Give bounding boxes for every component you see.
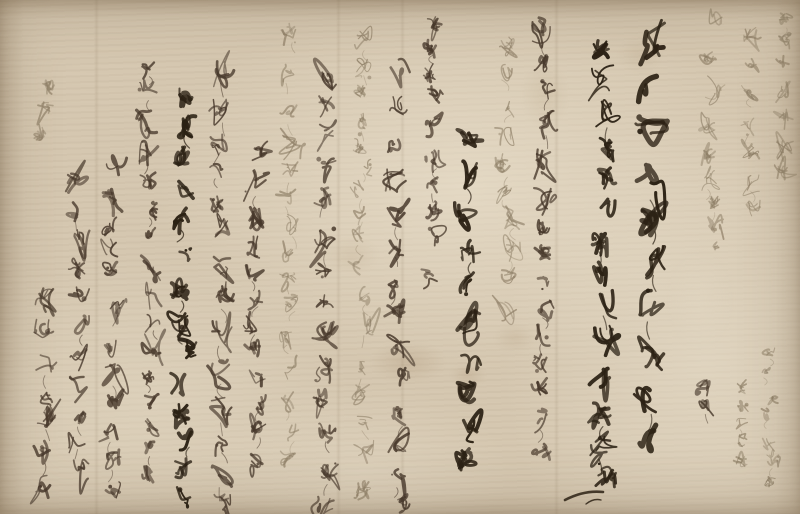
brush-stroke <box>315 367 320 381</box>
brush-stroke <box>36 363 56 370</box>
brush-stroke <box>288 356 297 368</box>
ink-dot <box>146 428 150 432</box>
brush-stroke <box>502 270 516 281</box>
brush-stroke <box>360 200 362 210</box>
brush-stroke <box>770 359 773 366</box>
brush-stroke <box>217 346 219 359</box>
brush-stroke <box>221 309 226 322</box>
brush-stroke <box>150 218 152 227</box>
brush-stroke <box>505 115 512 123</box>
brush-stroke <box>468 189 472 203</box>
text-column <box>137 63 165 483</box>
ink-dot <box>369 163 372 166</box>
brush-stroke <box>764 378 767 385</box>
brush-stroke <box>395 228 398 240</box>
brush-stroke <box>256 340 260 357</box>
text-column <box>208 51 234 514</box>
text-column <box>774 14 797 180</box>
brush-stroke <box>637 165 657 183</box>
brush-stroke <box>395 488 399 498</box>
brush-stroke <box>214 257 230 261</box>
brush-stroke <box>153 330 166 365</box>
text-column <box>383 59 414 513</box>
brush-stroke <box>538 431 542 443</box>
ink-dot <box>428 227 432 231</box>
ink-dot <box>367 76 371 80</box>
brush-stroke <box>180 252 190 261</box>
brush-stroke <box>35 320 37 333</box>
brush-stroke <box>495 128 503 145</box>
brush-stroke <box>391 199 410 212</box>
text-column <box>244 142 272 477</box>
brush-stroke <box>216 312 230 342</box>
brush-stroke <box>292 43 295 53</box>
brush-stroke <box>114 425 118 439</box>
brush-stroke <box>538 409 546 412</box>
brush-stroke <box>318 131 334 151</box>
brush-stroke <box>255 173 269 180</box>
brush-stroke <box>316 270 331 274</box>
brush-stroke <box>147 101 150 111</box>
ink-dot <box>637 129 643 135</box>
calligraphy-strokes <box>0 0 800 514</box>
brush-stroke <box>106 191 111 194</box>
brush-stroke <box>538 419 542 424</box>
brush-stroke <box>504 127 514 145</box>
brush-stroke <box>532 444 546 454</box>
brush-stroke <box>153 331 157 340</box>
brush-stroke <box>283 70 294 82</box>
brush-stroke <box>426 157 427 162</box>
brush-stroke <box>763 349 773 355</box>
brush-stroke <box>70 377 84 380</box>
brush-stroke <box>244 171 255 201</box>
brush-stroke <box>391 68 403 88</box>
text-column <box>31 289 61 504</box>
brush-stroke <box>316 300 327 307</box>
brush-stroke <box>80 468 88 494</box>
brush-stroke <box>357 416 372 418</box>
brush-stroke <box>705 415 708 424</box>
brush-stroke <box>736 420 747 429</box>
brush-stroke <box>744 90 753 99</box>
brush-stroke <box>647 322 650 339</box>
text-column <box>66 161 90 494</box>
ink-dot <box>294 41 296 43</box>
brush-stroke <box>75 221 76 231</box>
text-column <box>588 41 620 487</box>
brush-stroke <box>221 423 223 436</box>
brush-stroke <box>544 100 548 110</box>
brush-stroke <box>103 365 119 385</box>
brush-stroke <box>290 442 294 453</box>
brush-stroke <box>171 373 178 393</box>
manuscript-page <box>0 0 800 514</box>
ink-dot <box>401 378 403 380</box>
brush-stroke <box>706 85 725 99</box>
brush-stroke <box>41 355 52 372</box>
ink-dot <box>787 32 792 37</box>
brush-stroke <box>80 335 83 345</box>
brush-stroke <box>144 371 151 378</box>
brush-stroke <box>108 442 110 452</box>
ink-dot <box>745 403 749 407</box>
brush-stroke <box>252 282 255 291</box>
brush-stroke <box>43 463 46 475</box>
brush-stroke <box>223 507 226 514</box>
brush-stroke <box>610 477 615 487</box>
brush-stroke <box>70 378 87 402</box>
brush-stroke <box>112 156 126 175</box>
brush-stroke <box>68 433 84 448</box>
brush-stroke <box>215 264 234 282</box>
text-column <box>311 59 340 514</box>
text-column <box>699 9 725 249</box>
ink-dot <box>82 296 87 301</box>
ink-dot <box>395 406 399 410</box>
brush-stroke <box>739 434 746 440</box>
ink-dot <box>316 157 321 162</box>
text-column <box>99 156 128 498</box>
brush-stroke <box>399 240 403 255</box>
brush-stroke <box>435 236 438 246</box>
ink-dot <box>358 132 362 136</box>
brush-stroke <box>362 431 369 440</box>
brush-stroke <box>78 427 82 436</box>
ink-dot <box>646 289 650 293</box>
brush-stroke <box>764 413 769 420</box>
brush-stroke <box>762 409 769 412</box>
brush-stroke <box>257 438 261 449</box>
brush-stroke <box>256 236 258 249</box>
brush-stroke <box>425 273 433 277</box>
brush-stroke <box>476 359 478 370</box>
text-column <box>734 380 749 467</box>
text-column <box>741 28 761 216</box>
text-column <box>696 380 713 423</box>
brush-stroke <box>250 461 257 477</box>
brush-stroke <box>546 281 548 286</box>
brush-stroke <box>261 377 262 386</box>
ink-dot <box>321 275 324 278</box>
text-column <box>455 129 483 470</box>
brush-stroke <box>219 488 220 501</box>
ink-dot <box>464 292 468 296</box>
text-column <box>532 18 558 460</box>
brush-stroke <box>712 213 714 221</box>
ink-dot <box>180 325 185 330</box>
brush-stroke <box>146 442 151 453</box>
brush-stroke <box>565 492 603 500</box>
brush-stroke <box>357 31 368 40</box>
ink-dot <box>356 494 358 496</box>
brush-stroke <box>282 164 296 176</box>
brush-stroke <box>293 237 297 249</box>
brush-stroke <box>746 99 751 107</box>
brush-stroke <box>209 106 221 111</box>
brush-stroke <box>586 500 601 505</box>
brush-stroke <box>431 86 439 102</box>
ink-dot <box>391 474 393 476</box>
brush-stroke <box>389 281 397 298</box>
text-column <box>762 348 780 487</box>
brush-stroke <box>350 187 358 197</box>
brush-stroke <box>46 430 50 441</box>
brush-stroke <box>319 390 327 398</box>
brush-stroke <box>769 468 772 476</box>
ink-dot <box>245 190 247 192</box>
brush-stroke <box>180 301 183 312</box>
brush-stroke <box>106 453 114 469</box>
brush-stroke <box>220 360 228 363</box>
brush-stroke <box>550 195 556 203</box>
ink-dot <box>540 79 544 83</box>
brush-stroke <box>358 26 372 40</box>
brush-stroke <box>538 277 547 279</box>
brush-stroke <box>468 263 471 275</box>
brush-stroke <box>324 253 326 266</box>
brush-stroke <box>472 246 474 262</box>
brush-stroke <box>541 301 550 312</box>
brush-stroke <box>147 232 150 238</box>
brush-stroke <box>362 336 364 348</box>
brush-stroke <box>148 457 149 466</box>
brush-stroke <box>503 68 512 78</box>
brush-stroke <box>320 120 336 130</box>
ink-dot <box>498 133 501 136</box>
brush-stroke <box>70 344 87 370</box>
brush-stroke <box>214 153 220 163</box>
brush-stroke <box>422 269 430 272</box>
ink-dot <box>331 227 336 232</box>
brush-stroke <box>214 179 217 188</box>
text-column <box>634 20 667 451</box>
brush-stroke <box>287 183 289 194</box>
brush-stroke <box>152 202 156 204</box>
brush-stroke <box>75 450 77 459</box>
brush-stroke <box>363 174 365 182</box>
brush-stroke <box>108 470 112 482</box>
brush-stroke <box>705 166 711 178</box>
brush-stroke <box>329 426 335 434</box>
brush-stroke <box>318 504 320 512</box>
brush-stroke <box>222 453 228 463</box>
brush-stroke <box>320 207 323 218</box>
ink-dot <box>545 335 549 339</box>
ink-dot <box>185 249 188 252</box>
brush-stroke <box>432 194 433 203</box>
brush-stroke <box>533 21 545 32</box>
brush-stroke <box>355 38 367 49</box>
brush-stroke <box>743 175 759 196</box>
text-column <box>348 26 380 499</box>
text-column <box>493 37 524 324</box>
brush-stroke <box>652 275 656 291</box>
ink-dot <box>541 288 543 290</box>
text-column <box>34 80 54 140</box>
ink-dot <box>746 133 749 136</box>
brush-stroke <box>777 456 780 466</box>
brush-stroke <box>432 226 447 237</box>
ink-dot <box>598 463 601 466</box>
ink-dot <box>334 462 336 464</box>
brush-stroke <box>288 125 293 136</box>
text-column <box>422 17 447 289</box>
ink-dot <box>138 88 142 92</box>
brush-stroke <box>282 65 286 86</box>
ink-dot <box>215 444 218 447</box>
text-column <box>276 24 305 467</box>
brush-stroke <box>544 57 547 67</box>
brush-stroke <box>289 312 295 321</box>
brush-stroke <box>364 76 367 85</box>
brush-stroke <box>398 368 405 385</box>
text-column <box>168 89 197 508</box>
brush-stroke <box>537 325 549 346</box>
brush-stroke <box>75 416 79 421</box>
brush-stroke <box>361 132 364 142</box>
brush-stroke <box>147 385 151 393</box>
brush-stroke <box>354 181 364 190</box>
brush-stroke <box>467 241 470 251</box>
brush-stroke <box>360 419 366 421</box>
brush-stroke <box>510 228 516 240</box>
brush-stroke <box>255 149 272 156</box>
brush-stroke <box>720 225 724 239</box>
brush-stroke <box>181 375 185 395</box>
brush-stroke <box>190 248 191 249</box>
brush-stroke <box>737 418 746 421</box>
ink-dot <box>108 485 112 489</box>
brush-stroke <box>319 96 327 110</box>
brush-stroke <box>603 373 609 401</box>
brush-stroke <box>455 203 459 216</box>
brush-stroke <box>546 136 548 149</box>
ink-dot <box>178 487 183 492</box>
brush-stroke <box>502 80 509 91</box>
brush-stroke <box>429 56 434 64</box>
brush-stroke <box>141 256 153 272</box>
brush-stroke <box>389 247 397 254</box>
brush-stroke <box>356 246 361 256</box>
ink-dot <box>212 198 215 201</box>
brush-stroke <box>276 190 295 196</box>
brush-stroke <box>145 320 159 332</box>
brush-stroke <box>168 312 186 322</box>
ink-dot <box>535 369 539 373</box>
ink-dot <box>106 266 109 269</box>
brush-stroke <box>105 424 112 434</box>
ink-marks <box>565 492 603 504</box>
brush-stroke <box>744 118 754 135</box>
ink-dot <box>713 228 717 232</box>
brush-stroke <box>603 316 607 330</box>
brush-stroke <box>286 83 287 94</box>
brush-stroke <box>256 373 262 375</box>
brush-stroke <box>387 335 409 358</box>
brush-stroke <box>43 376 45 389</box>
brush-stroke <box>398 97 402 110</box>
brush-stroke <box>764 422 767 429</box>
brush-stroke <box>605 128 607 142</box>
brush-stroke <box>181 187 188 190</box>
brush-stroke <box>540 111 553 122</box>
brush-stroke <box>424 279 437 289</box>
brush-stroke <box>69 290 82 296</box>
brush-stroke <box>324 485 327 496</box>
brush-stroke <box>707 190 711 200</box>
brush-stroke <box>592 65 613 84</box>
brush-stroke <box>642 302 663 315</box>
brush-stroke <box>144 80 157 92</box>
brush-stroke <box>111 243 118 257</box>
brush-stroke <box>146 282 152 309</box>
brush-stroke <box>284 345 288 353</box>
brush-stroke <box>75 316 85 334</box>
